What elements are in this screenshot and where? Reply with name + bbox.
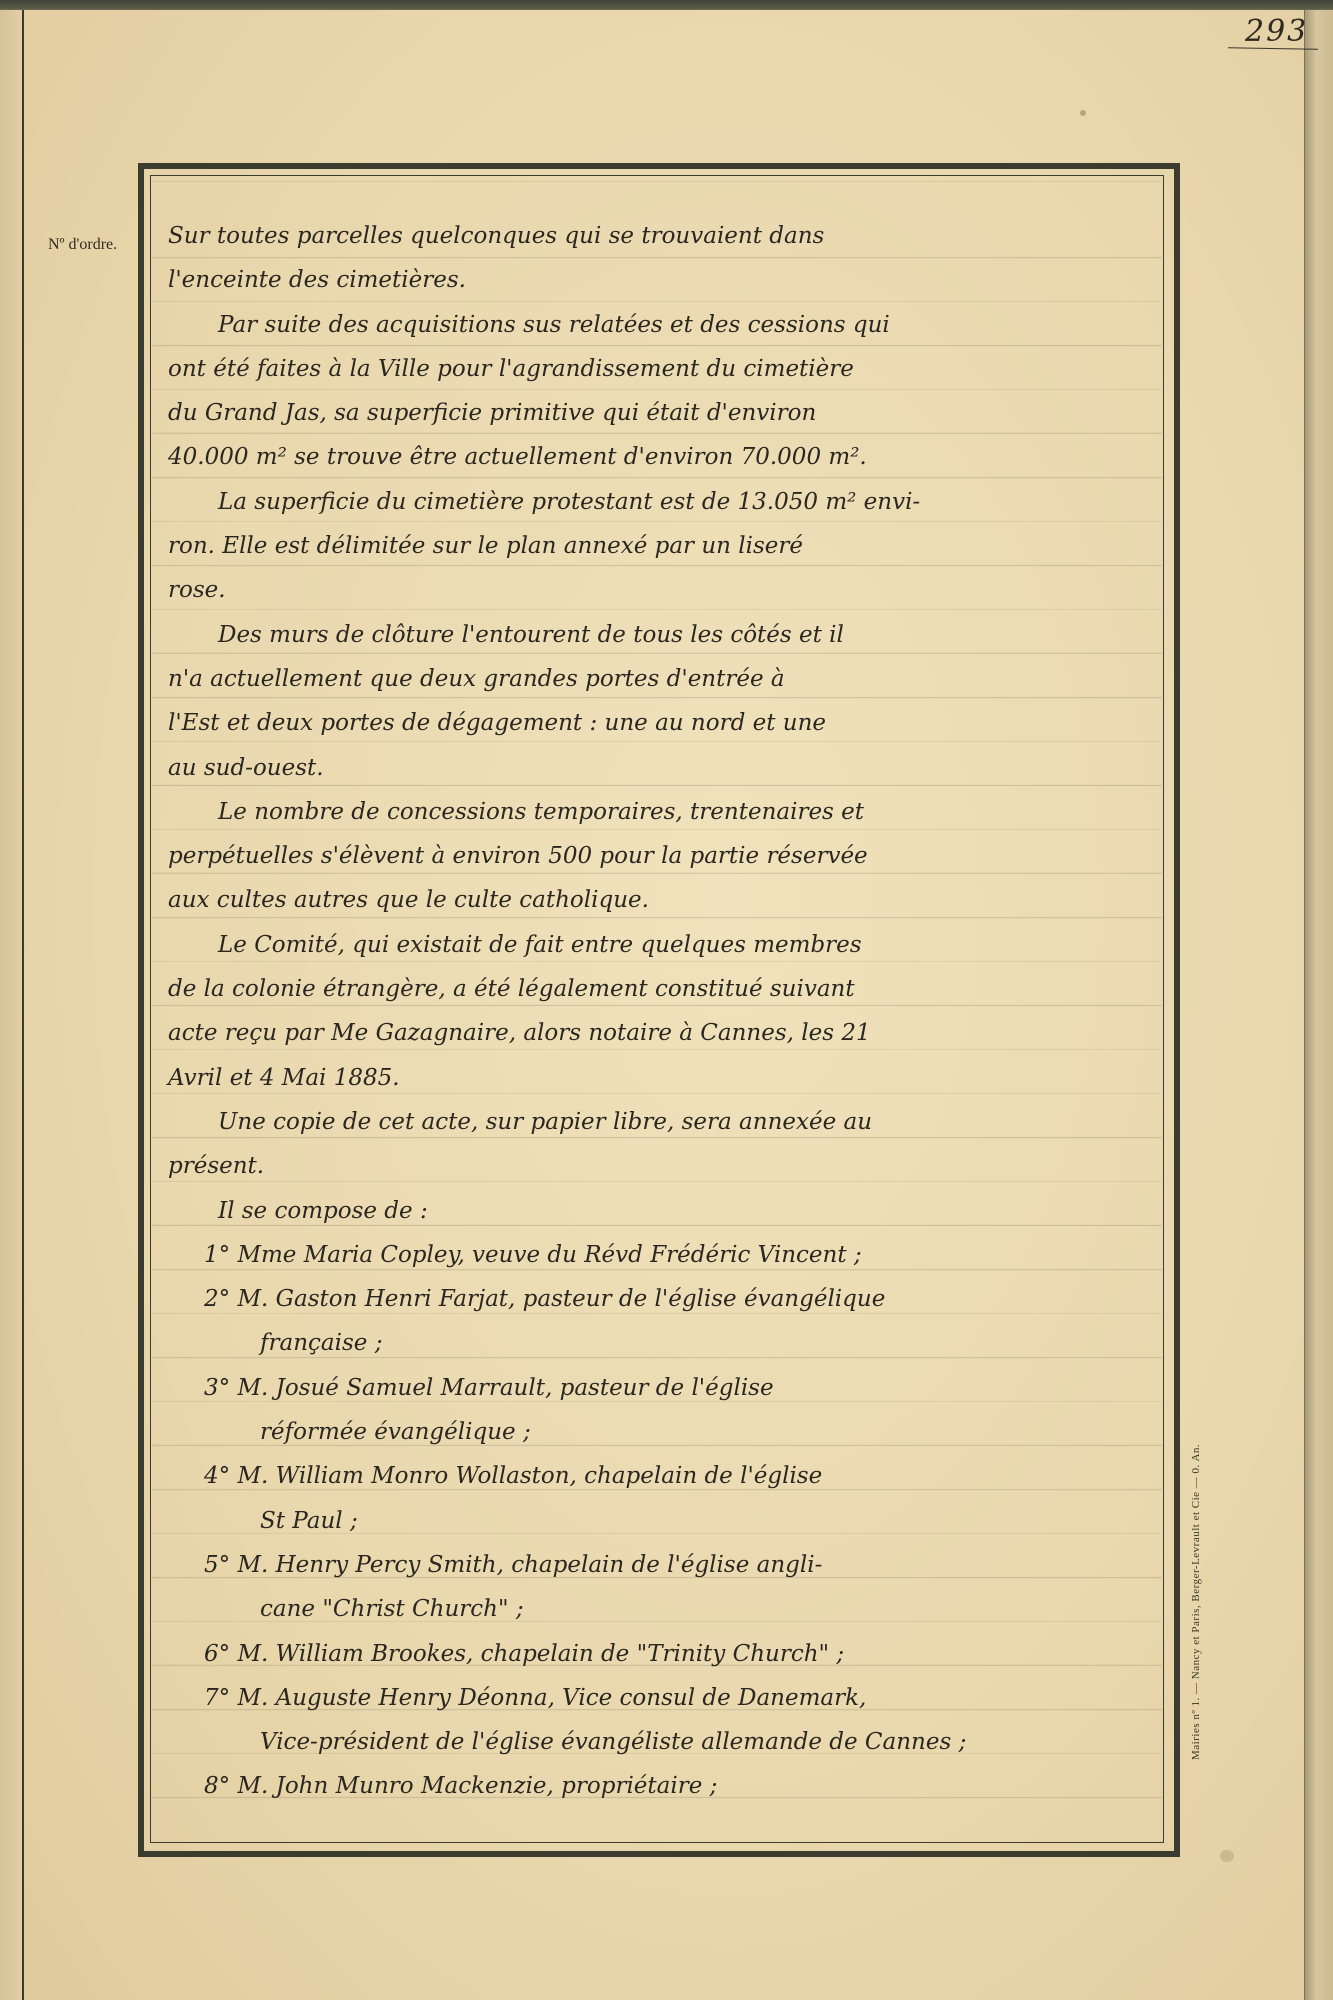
text-line: Il se compose de : [168,1189,1158,1233]
committee-member-item: 5° M. Henry Percy Smith, chapelain de l'… [168,1543,1158,1587]
text-line: de la colonie étrangère, a été légalemen… [168,967,1158,1011]
text-line: Le Comité, qui existait de fait entre qu… [168,923,1158,967]
text-line: aux cultes autres que le culte catholiqu… [168,878,1158,922]
text-line: du Grand Jas, sa superficie primitive qu… [168,391,1158,435]
text-line: l'enceinte des cimetières. [168,258,1158,302]
printer-imprint: Mairies nº 1. — Nancy et Paris, Berger-L… [1190,1444,1202,1760]
paper-stain [1220,1850,1234,1862]
text-line: Sur toutes parcelles quelconques qui se … [168,214,1158,258]
text-line: ont été faites à la Ville pour l'agrandi… [168,347,1158,391]
text-line: rose. [168,568,1158,612]
facing-page-edge [0,10,24,2000]
committee-member-item: 2° M. Gaston Henri Farjat, pasteur de l'… [168,1277,1158,1321]
page-stack-edge [1304,10,1333,2000]
text-line: Une copie de cet acte, sur papier libre,… [168,1100,1158,1144]
text-line: perpétuelles s'élèvent à environ 500 pou… [168,834,1158,878]
order-number-label: Nº d'ordre. [48,236,117,254]
committee-member-item-cont: cane "Christ Church" ; [168,1587,1158,1631]
text-line: Le nombre de concessions temporaires, tr… [168,790,1158,834]
committee-member-item: 1° Mme Maria Copley, veuve du Révd Frédé… [168,1233,1158,1277]
text-line: ron. Elle est délimitée sur le plan anne… [168,524,1158,568]
committee-member-item: 7° M. Auguste Henry Déonna, Vice consul … [168,1676,1158,1720]
text-line: 40.000 m² se trouve être actuellement d'… [168,435,1158,479]
text-line: n'a actuellement que deux grandes portes… [168,657,1158,701]
committee-member-item-cont: réformée évangélique ; [168,1410,1158,1454]
committee-member-item: 4° M. William Monro Wollaston, chapelain… [168,1454,1158,1498]
text-line: acte reçu par Me Gazagnaire, alors notai… [168,1011,1158,1055]
text-line: Avril et 4 Mai 1885. [168,1056,1158,1100]
text-line: La superficie du cimetière protestant es… [168,480,1158,524]
committee-member-item-cont: St Paul ; [168,1499,1158,1543]
committee-member-item: 8° M. John Munro Mackenzie, propriétaire… [168,1764,1158,1808]
text-line: présent. [168,1144,1158,1188]
handwritten-text: Sur toutes parcelles quelconques qui se … [168,214,1158,1809]
text-line: Des murs de clôture l'entourent de tous … [168,613,1158,657]
committee-member-item: 3° M. Josué Samuel Marrault, pasteur de … [168,1366,1158,1410]
text-line: l'Est et deux portes de dégagement : une… [168,701,1158,745]
committee-member-item-cont: française ; [168,1321,1158,1365]
committee-member-item: 6° M. William Brookes, chapelain de "Tri… [168,1632,1158,1676]
committee-member-item-cont: Vice-président de l'église évangéliste a… [168,1720,1158,1764]
text-line: au sud-ouest. [168,746,1158,790]
ink-spot [1080,110,1086,116]
page-number: 293 [1245,14,1308,49]
text-line: Par suite des acquisitions sus relatées … [168,303,1158,347]
